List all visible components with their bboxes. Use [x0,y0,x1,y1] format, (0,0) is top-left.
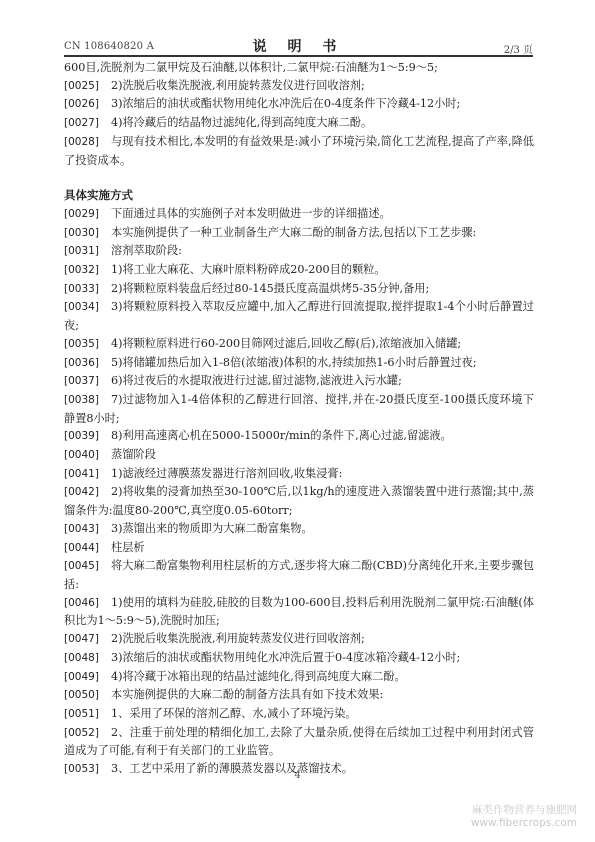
paragraph: [0027]4)将冷藏后的结晶物过滤纯化,得到高纯度大麻二酚。 [64,114,534,133]
paragraph-text: 2)将颗粒原料装盘后经过80-145摄氏度高温烘烤5-35分钟,备用; [111,282,429,295]
paragraph-text: 与现有技术相比,本发明的有益效果是:减小了环境污染,简化工艺流程,提高了产率,降… [64,135,534,167]
paragraph-text: 3)将颗粒原料投入萃取反应罐中,加入乙醇进行回流提取,搅拌提取1-4个小时后静置… [64,300,534,332]
paragraph: [0041]1)滤液经过薄膜蒸发器进行溶剂回收,收集浸膏: [64,465,534,484]
paragraphs-before: 600目,洗脱剂为二氯甲烷及石油醚,以体积计,二氯甲烷:石油醚为1～5:9～5;… [64,59,534,169]
paragraph-number: [0033] [64,281,111,299]
paragraph-text: 7)过滤物加入1-4倍体积的乙醇进行回溶、搅拌,并在-20摄氏度至-100摄氏度… [64,393,534,425]
paragraph-text: 1)滤液经过薄膜蒸发器进行溶剂回收,收集浸膏: [111,467,342,480]
watermark: 麻类作物营养与施肥网 www.fibercrops.com [471,804,577,830]
paragraph: [0042]2)将收集的浸膏加热至30-100℃后,以1kg/h的速度进入蒸馏装… [64,483,534,519]
paragraph-number: [0025] [64,78,111,96]
paragraph-text: 5)将储罐加热后加入1-8倍(浓缩液)体积的水,持续加热1-6小时后静置过夜; [111,356,477,369]
paragraph: [0038]7)过滤物加入1-4倍体积的乙醇进行回溶、搅拌,并在-20摄氏度至-… [64,391,534,427]
paragraph: 600目,洗脱剂为二氯甲烷及石油醚,以体积计,二氯甲烷:石油醚为1～5:9～5; [64,59,534,77]
paragraph-text: 将大麻二酚富集物利用柱层析的方式,逐步将大麻二酚(CBD)分离纯化开来,主要步骤… [64,559,534,591]
paragraph-number: [0035] [64,336,111,354]
paragraphs-after: [0029]下面通过具体的实施例子对本发明做进一步的详细描述。[0030]本实施… [64,205,534,779]
paragraph: [0031]溶剂萃取阶段: [64,242,534,261]
paragraph-text: 2)将收集的浸膏加热至30-100℃后,以1kg/h的速度进入蒸馏装置中进行蒸馏… [64,485,534,517]
paragraph-text: 2)洗脱后收集洗脱液,利用旋转蒸发仪进行回收溶剂; [111,79,365,92]
page-indicator: 2/3 页 [504,41,533,56]
paragraph-text: 600目,洗脱剂为二氯甲烷及石油醚,以体积计,二氯甲烷:石油醚为1～5:9～5; [64,61,438,74]
paragraph: [0036]5)将储罐加热后加入1-8倍(浓缩液)体积的水,持续加热1-6小时后… [64,354,534,373]
paragraph-number: [0034] [64,299,111,317]
paragraph-number: [0052] [64,725,111,743]
paragraph: [0048]3)浓缩后的油状或酯状物用纯化水冲洗后置于0-4度冰箱冷藏4-12小… [64,649,534,668]
paragraph-number: [0032] [64,262,111,280]
paragraph: [0043]3)蒸馏出来的物质即为大麻二酚富集物。 [64,520,534,539]
paragraph: [0033]2)将颗粒原料装盘后经过80-145摄氏度高温烘烤5-35分钟,备用… [64,280,534,299]
paragraph-number: [0036] [64,355,111,373]
paragraph-text: 蒸馏阶段 [111,448,156,461]
page-header: CN 108640820 A 说 明 书 2/3 页 [64,36,533,56]
paragraph-number: [0043] [64,521,111,539]
paragraph-text: 8)利用高速离心机在5000-15000r/min的条件下,离心过滤,留滤液。 [111,429,452,442]
paragraph: [0032]1)将工业大麻花、大麻叶原料粉碎成20-200目的颗粒。 [64,261,534,280]
paragraph: [0049]4)将冷藏于冰箱出现的结晶过滤纯化,得到高纯度大麻二酚。 [64,668,534,687]
paragraph-number: [0042] [64,484,111,502]
header-rule [64,55,533,57]
paragraph-number: [0039] [64,428,111,446]
paragraph: [0040]蒸馏阶段 [64,446,534,465]
paragraph-number: [0040] [64,447,111,465]
paragraph: [0050]本实施例提供的大麻二酚的制备方法具有如下技术效果: [64,686,534,705]
paragraph-number: [0049] [64,669,111,687]
paragraph: [0025]2)洗脱后收集洗脱液,利用旋转蒸发仪进行回收溶剂; [64,77,534,96]
paragraph-text: 3)浓缩后的油状或酯状物用纯化水冲洗后在0-4度条件下冷藏4-12小时; [111,97,460,110]
paragraph-text: 3)浓缩后的油状或酯状物用纯化水冲洗后置于0-4度冰箱冷藏4-12小时; [111,651,460,664]
paragraph-text: 下面通过具体的实施例子对本发明做进一步的详细描述。 [111,207,391,220]
paragraph-text: 1)将工业大麻花、大麻叶原料粉碎成20-200目的颗粒。 [111,263,386,276]
paragraph-text: 柱层析 [111,541,145,554]
paragraph: [0026]3)浓缩后的油状或酯状物用纯化水冲洗后在0-4度条件下冷藏4-12小… [64,95,534,114]
paragraph-text: 本实施例提供了一种工业制备生产大麻二酚的制备方法,包括以下工艺步骤: [111,226,476,239]
paragraph: [0047]2)洗脱后收集洗脱液,利用旋转蒸发仪进行回收溶剂; [64,630,534,649]
paragraph: [0035]4)将颗粒原料进行60-200目筛网过滤后,回收乙醇(后),浓缩液加… [64,335,534,354]
paragraph-number: [0028] [64,134,111,152]
paragraph: [0046]1)使用的填料为硅胶,硅胶的目数为100-600目,投料后利用洗脱剂… [64,594,534,630]
watermark-site-name: 麻类作物营养与施肥网 [471,804,577,817]
paragraph-number: [0029] [64,206,111,224]
paragraph-text: 6)将过夜后的水提取液进行过滤,留过滤物,滤液进入污水罐; [111,374,402,387]
paragraph-text: 溶剂萃取阶段: [111,244,182,257]
paragraph-number: [0031] [64,243,111,261]
paragraph-number: [0038] [64,392,111,410]
paragraph: [0052]2、注重于前处理的精细化加工,去除了大量杂质,使得在后续加工过程中利… [64,724,534,760]
paragraph: [0039]8)利用高速离心机在5000-15000r/min的条件下,离心过滤… [64,427,534,446]
watermark-url: www.fibercrops.com [471,817,577,830]
paragraph-number: [0041] [64,466,111,484]
paragraph: [0028]与现有技术相比,本发明的有益效果是:减小了环境污染,简化工艺流程,提… [64,133,534,169]
document-title: 说 明 书 [64,36,533,56]
document-body: 600目,洗脱剂为二氯甲烷及石油醚,以体积计,二氯甲烷:石油醚为1～5:9～5;… [64,59,534,779]
paragraph-text: 2)洗脱后收集洗脱液,利用旋转蒸发仪进行回收溶剂; [111,632,365,645]
paragraph-number: [0044] [64,540,111,558]
paragraph-text: 4)将颗粒原料进行60-200目筛网过滤后,回收乙醇(后),浓缩液加入储罐; [111,337,461,350]
paragraph-text: 3)蒸馏出来的物质即为大麻二酚富集物。 [111,522,313,535]
page-number: 4 [0,770,595,781]
section-heading: 具体实施方式 [64,187,534,205]
paragraph-text: 本实施例提供的大麻二酚的制备方法具有如下技术效果: [111,688,383,701]
paragraph: [0030]本实施例提供了一种工业制备生产大麻二酚的制备方法,包括以下工艺步骤: [64,224,534,243]
paragraph: [0044]柱层析 [64,539,534,558]
paragraph-number: [0047] [64,631,111,649]
paragraph-number: [0030] [64,225,111,243]
paragraph-text: 4)将冷藏于冰箱出现的结晶过滤纯化,得到高纯度大麻二酚。 [111,670,406,683]
paragraph-text: 1)使用的填料为硅胶,硅胶的目数为100-600目,投料后利用洗脱剂二氯甲烷:石… [64,596,534,628]
paragraph: [0034]3)将颗粒原料投入萃取反应罐中,加入乙醇进行回流提取,搅拌提取1-4… [64,298,534,334]
paragraph-number: [0027] [64,115,111,133]
paragraph-number: [0050] [64,687,111,705]
paragraph-number: [0045] [64,558,111,576]
paragraph-text: 4)将冷藏后的结晶物过滤纯化,得到高纯度大麻二酚。 [111,116,372,129]
paragraph: [0051]1、采用了环保的溶剂乙醇、水,减小了环境污染。 [64,705,534,724]
paragraph: [0045]将大麻二酚富集物利用柱层析的方式,逐步将大麻二酚(CBD)分离纯化开… [64,557,534,593]
paragraph-text: 1、采用了环保的溶剂乙醇、水,减小了环境污染。 [111,707,357,720]
paragraph: [0037]6)将过夜后的水提取液进行过滤,留过滤物,滤液进入污水罐; [64,372,534,391]
paragraph-number: [0046] [64,595,111,613]
paragraph-number: [0048] [64,650,111,668]
paragraph-text: 2、注重于前处理的精细化加工,去除了大量杂质,使得在后续加工过程中利用封闭式管道… [64,726,534,758]
paragraph: [0029]下面通过具体的实施例子对本发明做进一步的详细描述。 [64,205,534,224]
paragraph-number: [0026] [64,96,111,114]
paragraph-number: [0051] [64,706,111,724]
paragraph-number: [0037] [64,373,111,391]
